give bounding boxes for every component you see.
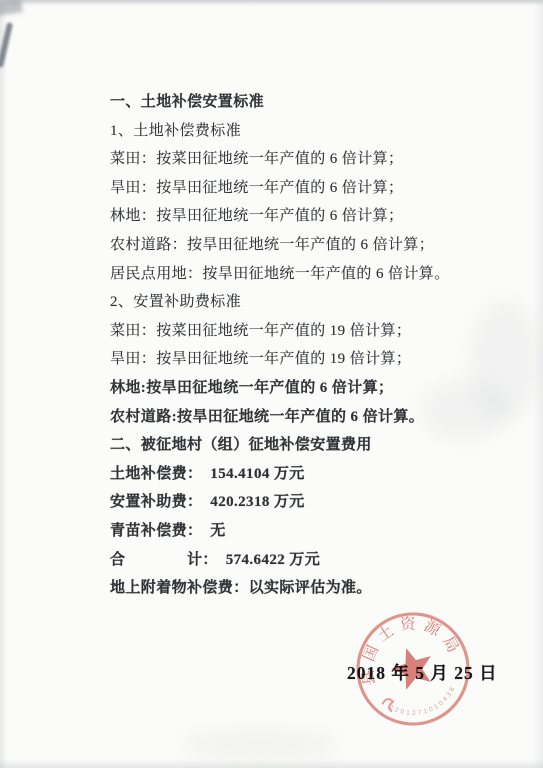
scan-edge-bottom [0,759,543,768]
scanned-document-page: 一、土地补偿安置标准 1、土地补偿费标准 菜田：按菜田征地统一年产值的 6 倍计… [0,0,543,768]
doc-line: 居民点用地：按旱田征地统一年产值的 6 倍计算。 [110,260,510,289]
scan-edge-top [0,0,543,6]
doc-line: 林地:按旱田征地统一年产值的 6 倍计算； [110,374,510,403]
doc-line: 农村道路:按旱田征地统一年产值的 6 倍计算。 [110,403,510,432]
seal-partial-character-mark [381,698,396,714]
doc-line: 菜田：按菜田征地统一年产值的 6 倍计算； [110,145,510,174]
doc-line: 农村道路：按旱田征地统一年产值的 6 倍计算； [110,231,510,260]
section-2-heading: 二、被征地村（组）征地补偿安置费用 [110,431,510,460]
subsection-1-heading: 1、土地补偿费标准 [110,117,510,146]
page-corner-shadow [0,0,23,16]
doc-line: 旱田：按旱田征地统一年产值的 19 倍计算； [110,345,510,374]
scan-edge-left [0,0,7,768]
doc-line: 菜田：按菜田征地统一年产值的 19 倍计算； [110,317,510,346]
seal-code-text: 2201271010438 [386,683,462,726]
document-date: 2018 年 5 月 25 日 [347,660,498,685]
subsection-2-heading: 2、安置补助费标准 [110,288,510,317]
document-body: 一、土地补偿安置标准 1、土地补偿费标准 菜田：按菜田征地统一年产值的 6 倍计… [110,88,510,603]
page-corner-fold [0,22,13,68]
scan-blotch [180,730,340,760]
seal-code-text-path: 2201271010438 [386,683,462,726]
scan-edge-right [533,0,543,768]
section-1-heading: 一、土地补偿安置标准 [110,88,510,117]
total-amount: 合 计： 574.6422 万元 [110,546,510,575]
land-compensation-amount: 土地补偿费： 154.4104 万元 [110,460,510,489]
doc-line: 旱田：按旱田征地统一年产值的 6 倍计算； [110,174,510,203]
attachments-compensation-note: 地上附着物补偿费：以实际评估为准。 [110,574,510,603]
doc-line: 林地：按旱田征地统一年产值的 6 倍计算； [110,202,510,231]
resettlement-subsidy-amount: 安置补助费： 420.2318 万元 [110,488,510,517]
crop-compensation-amount: 青苗补偿费： 无 [110,517,510,546]
